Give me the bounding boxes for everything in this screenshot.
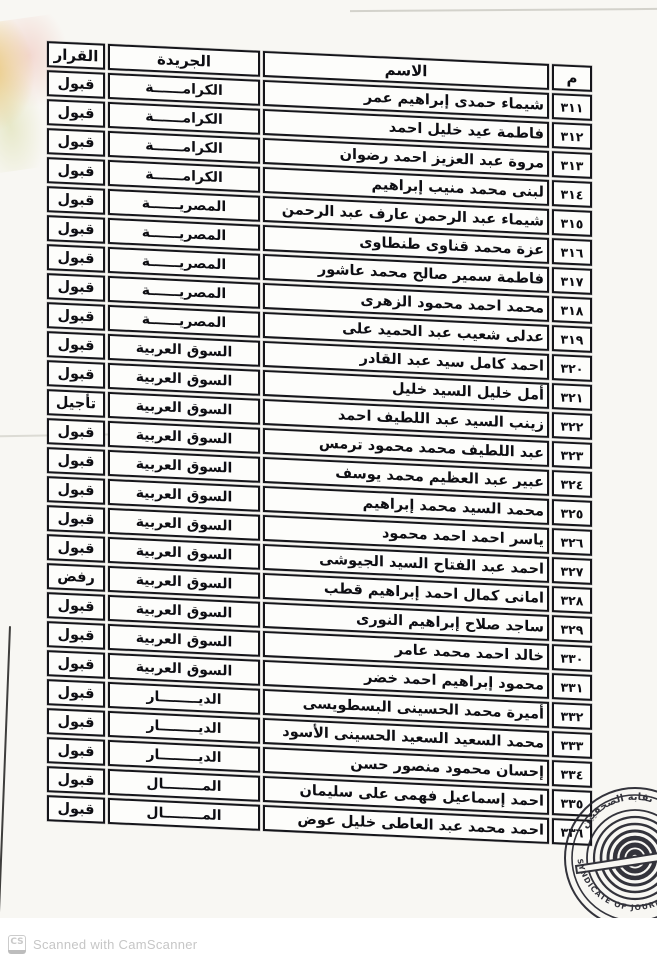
header-newspaper: الجريدة — [108, 44, 260, 77]
paper-cell: الديــــــــار — [108, 711, 260, 744]
header-serial: م — [552, 64, 592, 92]
decision-cell: قبول — [47, 244, 105, 273]
serial-cell: ٣٢٢ — [552, 412, 592, 440]
serial-cell: ٣٢٩ — [552, 615, 592, 643]
paper-cell: السوق العربية — [108, 508, 260, 541]
camscanner-bar: CS Scanned with CamScanner — [0, 918, 657, 960]
paper-cell: السوق العربية — [108, 363, 260, 396]
serial-cell: ٣٢٤ — [552, 470, 592, 498]
paper-cell: المصريــــــة — [108, 247, 260, 280]
serial-cell: ٣٣٣ — [552, 731, 592, 759]
paper-cell: السوق العربية — [108, 392, 260, 425]
paper-cell: السوق العربية — [108, 334, 260, 367]
paper-cell: السوق العربية — [108, 595, 260, 628]
serial-cell: ٣٣١ — [552, 673, 592, 701]
paper-cell: المــــــــال — [108, 798, 260, 831]
serial-cell: ٣١٦ — [552, 238, 592, 266]
paper-cell: الديــــــــار — [108, 682, 260, 715]
serial-cell: ٣١٨ — [552, 296, 592, 324]
decision-cell: قبول — [47, 766, 105, 795]
decision-cell: قبول — [47, 795, 105, 824]
serial-cell: ٣١٧ — [552, 267, 592, 295]
paper-cell: الكرامــــــة — [108, 102, 260, 135]
decision-cell: رفض — [47, 563, 105, 592]
paper-cell: الكرامــــــة — [108, 131, 260, 164]
paper-crease-top — [350, 8, 657, 12]
paper-cell: السوق العربية — [108, 537, 260, 570]
serial-cell: ٣٢٧ — [552, 557, 592, 585]
serial-cell: ٣١٥ — [552, 209, 592, 237]
decision-cell: قبول — [47, 650, 105, 679]
paper-cell: المصريــــــة — [108, 305, 260, 338]
decision-cell: قبول — [47, 476, 105, 505]
paper-cell: السوق العربية — [108, 566, 260, 599]
paper-cell: المــــــــال — [108, 769, 260, 802]
roster-table-wrap: م الاسم الجريدة القرار ٣١١شيماء حمدى إبر… — [44, 38, 592, 849]
paper-cell: المصريــــــة — [108, 189, 260, 222]
paper-cell: الكرامــــــة — [108, 73, 260, 106]
paper-cell: السوق العربية — [108, 479, 260, 512]
paper-cell: السوق العربية — [108, 450, 260, 483]
decision-cell: قبول — [47, 621, 105, 650]
serial-cell: ٣٢٣ — [552, 441, 592, 469]
decision-cell: قبول — [47, 534, 105, 563]
serial-cell: ٣١٢ — [552, 122, 592, 150]
decision-cell: قبول — [47, 302, 105, 331]
paper-cell: المصريــــــة — [108, 276, 260, 309]
serial-cell: ٣٢٦ — [552, 528, 592, 556]
paper-cell: السوق العربية — [108, 421, 260, 454]
decision-cell: قبول — [47, 186, 105, 215]
serial-cell: ٣١١ — [552, 93, 592, 121]
decision-cell: قبول — [47, 679, 105, 708]
decision-cell: قبول — [47, 592, 105, 621]
decision-cell: قبول — [47, 70, 105, 99]
paper-cell: الكرامــــــة — [108, 160, 260, 193]
serial-cell: ٣٣٠ — [552, 644, 592, 672]
serial-cell: ٣١٤ — [552, 180, 592, 208]
header-decision: القرار — [47, 41, 105, 70]
decision-cell: قبول — [47, 128, 105, 157]
syndicate-stamp: نقابة الصحفيين SYNDICATE OF JOURNALISTS — [538, 768, 657, 918]
decision-cell: قبول — [47, 418, 105, 447]
paper-cell: الديــــــــار — [108, 740, 260, 773]
decision-cell: قبول — [47, 157, 105, 186]
serial-cell: ٣٢٨ — [552, 586, 592, 614]
decision-cell: قبول — [47, 737, 105, 766]
serial-cell: ٣١٣ — [552, 151, 592, 179]
camscanner-icon: CS — [8, 935, 26, 953]
serial-cell: ٣١٩ — [552, 325, 592, 353]
paper-cell: السوق العربية — [108, 624, 260, 657]
serial-cell: ٣٢٠ — [552, 354, 592, 382]
decision-cell: تأجيل — [47, 389, 105, 418]
decision-cell: قبول — [47, 99, 105, 128]
decision-cell: قبول — [47, 215, 105, 244]
decision-cell: قبول — [47, 447, 105, 476]
serial-cell: ٣٢١ — [552, 383, 592, 411]
decision-cell: قبول — [47, 273, 105, 302]
roster-table: م الاسم الجريدة القرار ٣١١شيماء حمدى إبر… — [44, 38, 595, 849]
page-edge-shadow-left — [0, 626, 11, 916]
decision-cell: قبول — [47, 505, 105, 534]
scanned-page: م الاسم الجريدة القرار ٣١١شيماء حمدى إبر… — [0, 0, 657, 918]
serial-cell: ٣٣٢ — [552, 702, 592, 730]
decision-cell: قبول — [47, 331, 105, 360]
decision-cell: قبول — [47, 708, 105, 737]
table-body: ٣١١شيماء حمدى إبراهيم عمرالكرامــــــةقب… — [47, 70, 592, 846]
camscanner-watermark-text: Scanned with CamScanner — [33, 937, 197, 952]
decision-cell: قبول — [47, 360, 105, 389]
serial-cell: ٣٢٥ — [552, 499, 592, 527]
paper-cell: المصريــــــة — [108, 218, 260, 251]
paper-cell: السوق العربية — [108, 653, 260, 686]
